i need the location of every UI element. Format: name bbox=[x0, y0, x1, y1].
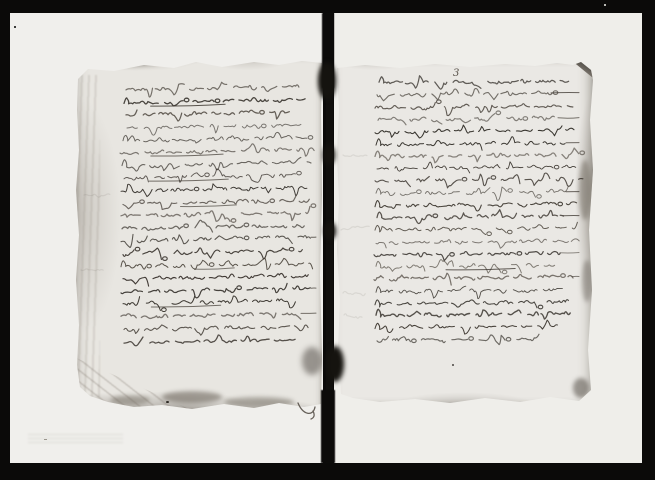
page-corner-curl bbox=[296, 402, 318, 422]
gutter-ink-blot bbox=[324, 222, 336, 240]
dust-speck bbox=[604, 4, 606, 6]
backdrop-smudge bbox=[28, 434, 123, 443]
dust-speck bbox=[44, 439, 47, 440]
right-manuscript-page: 3 bbox=[335, 60, 593, 405]
dust-speck bbox=[14, 26, 16, 28]
gutter-ink-blot bbox=[326, 346, 344, 382]
left-manuscript-page bbox=[74, 55, 322, 413]
gutter-ink-blot bbox=[323, 145, 335, 165]
gutter-ink-blot bbox=[318, 62, 336, 100]
left-page-handwriting bbox=[74, 55, 322, 413]
microfilm-scan-frame: 3 bbox=[0, 0, 655, 480]
right-page-handwriting bbox=[335, 60, 593, 405]
gutter-shadow-bottom bbox=[321, 390, 335, 463]
